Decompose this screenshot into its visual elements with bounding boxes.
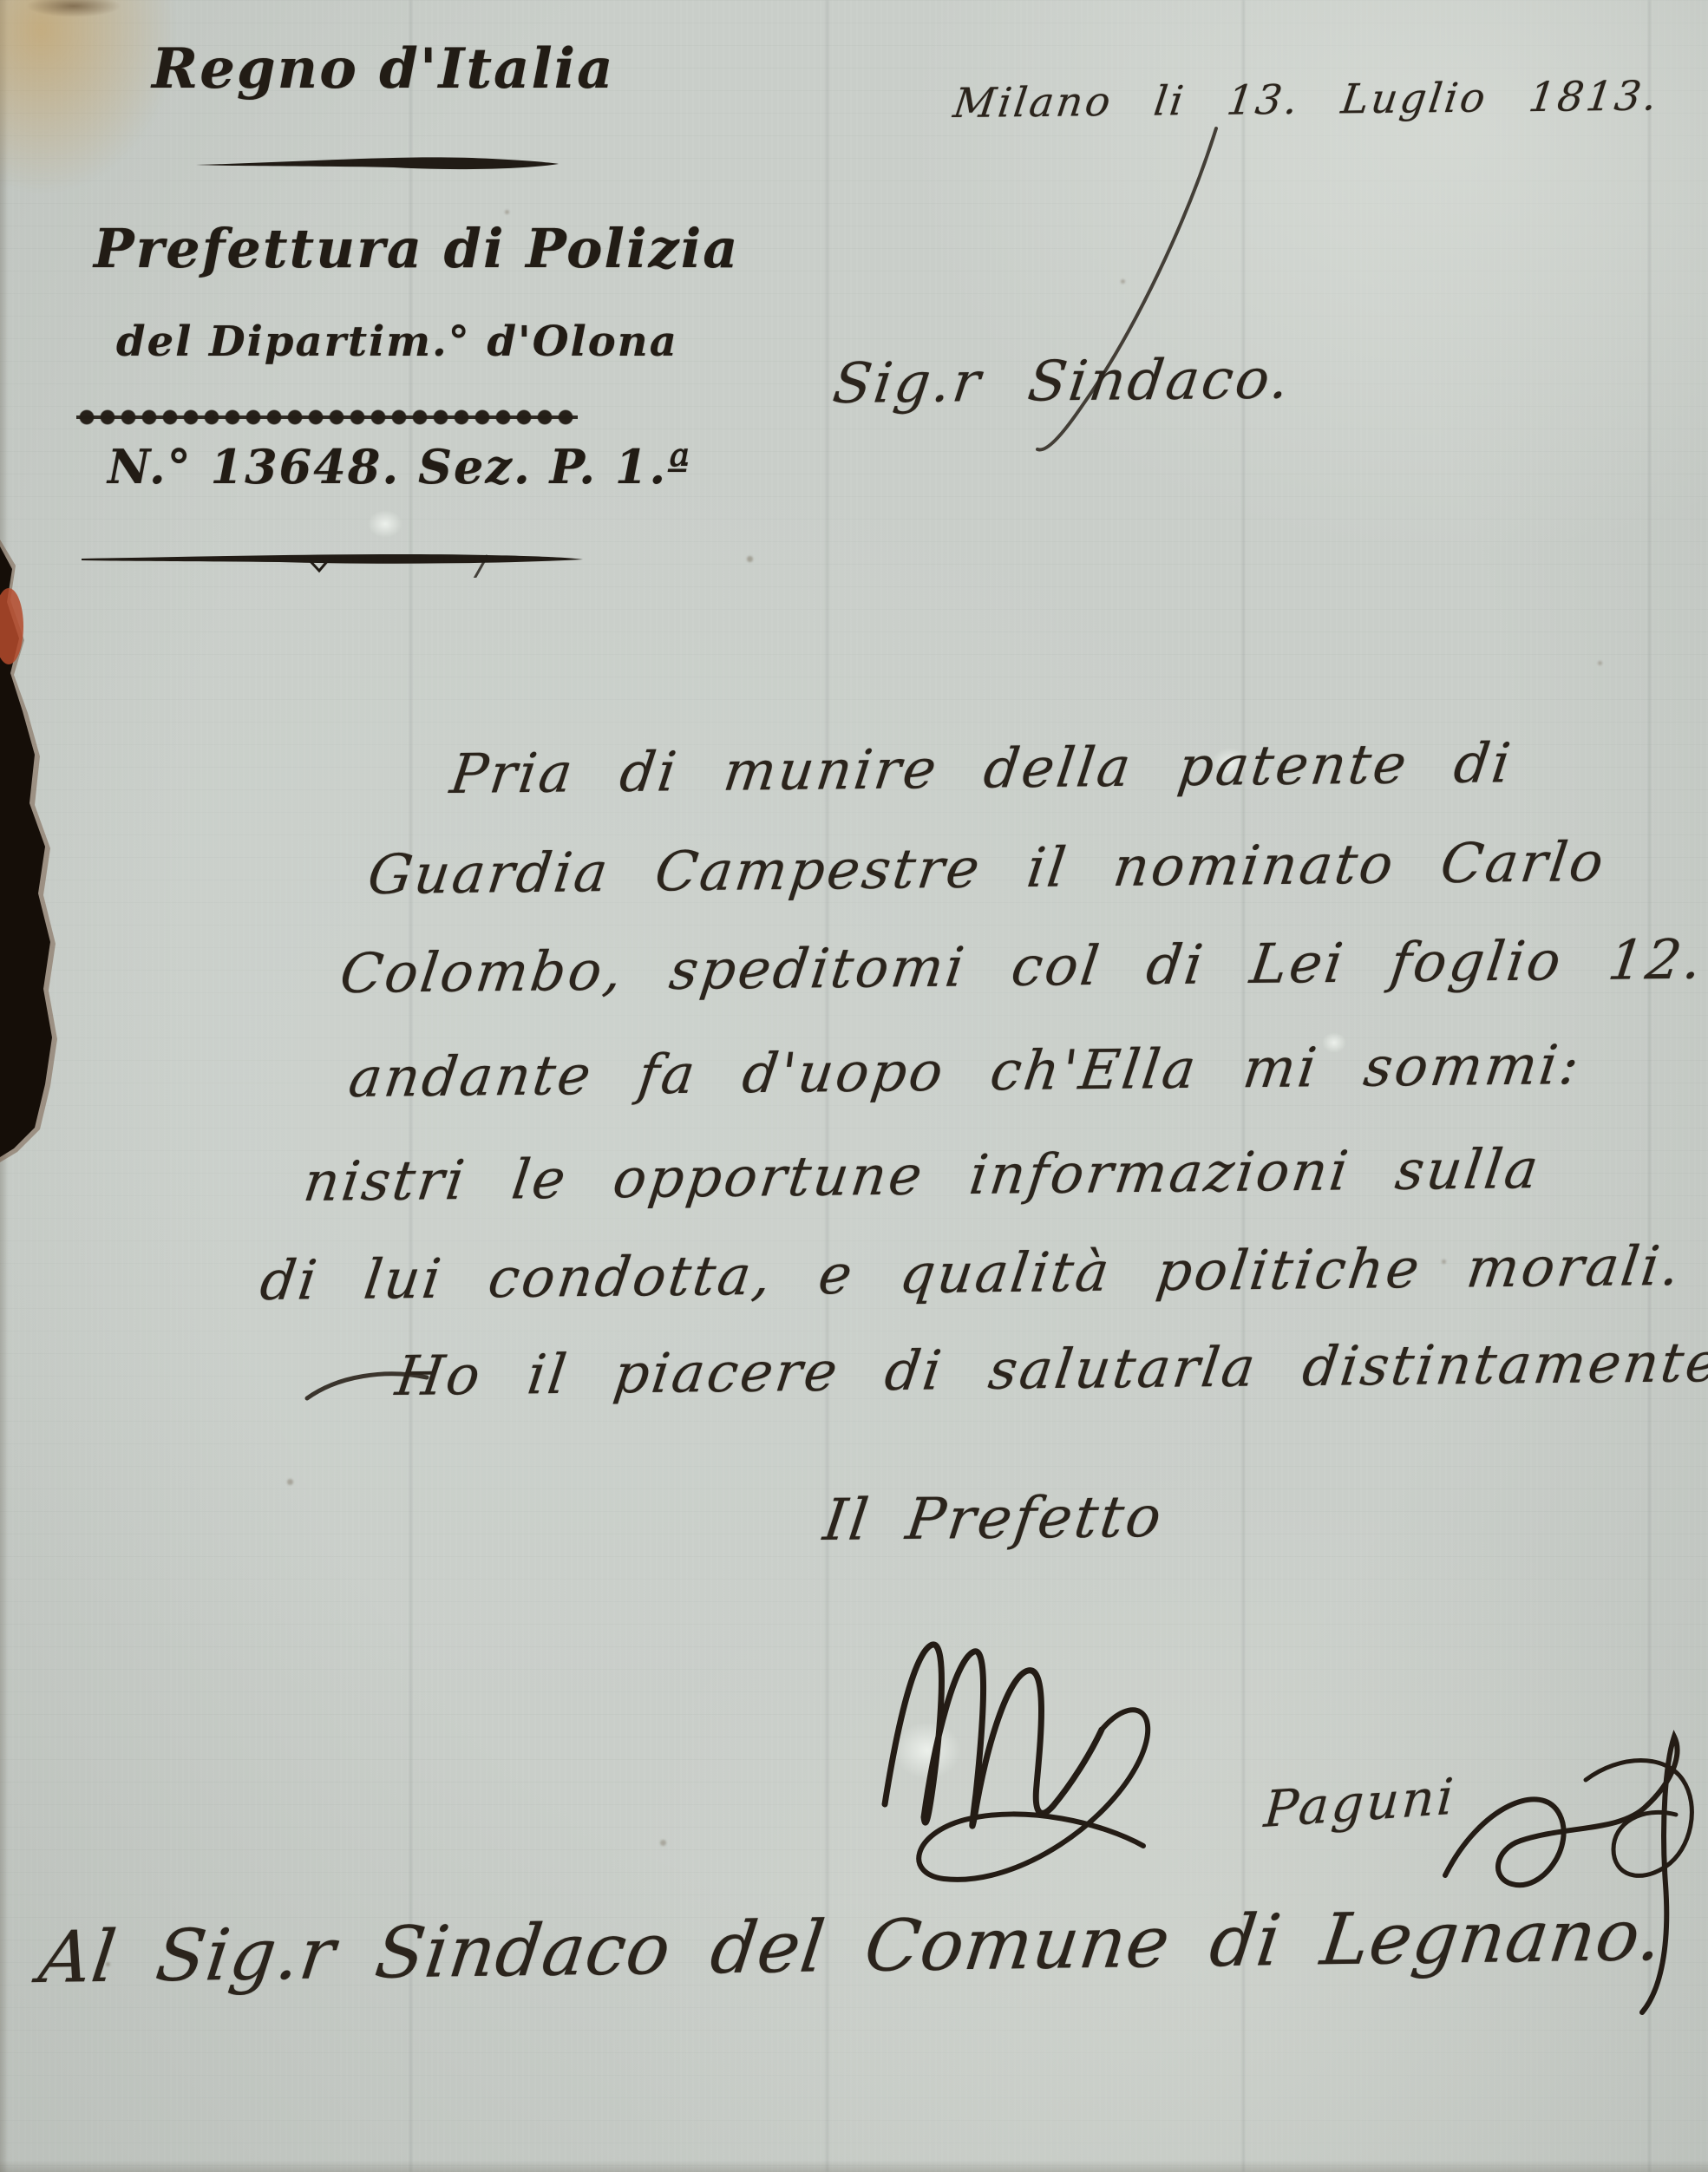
- protocol-number: N.° 13648. Sez. P. 1.ª: [108, 439, 692, 494]
- body-line: Pria di munire della patente di: [447, 731, 1516, 806]
- edge-nick-stain: [26, 0, 121, 17]
- body-line: Guardia Campestre il nominato Carlo: [364, 830, 1609, 906]
- paper-edge-shadow: [0, 2160, 1708, 2172]
- body-line: nistri le opportune informazioni sulla: [300, 1137, 1544, 1214]
- prefect-signature-flourish: [798, 1596, 1214, 1943]
- countersignature-paraph: [1414, 1700, 1708, 2038]
- lead-in-flourish: [304, 1360, 434, 1412]
- body-line: di lui condotta, e qualità politiche mor…: [257, 1234, 1685, 1312]
- scanned-letter-page: Regno d'Italia Prefettura di Polizia del…: [0, 0, 1708, 2172]
- body-line: andante fa d'uopo ch'Ella mi sommi:: [345, 1033, 1585, 1109]
- torn-edge: [0, 520, 69, 1180]
- letterhead-office: Prefettura di Polizia: [94, 217, 739, 280]
- letterhead-kingdom: Regno d'Italia: [152, 36, 615, 101]
- date-flourish: [998, 121, 1240, 468]
- dateline: Milano li 13. Luglio 1813.: [951, 73, 1662, 128]
- tapered-rule: [80, 548, 586, 578]
- letterhead-department: del Dipartim.° d'Olona: [116, 317, 678, 366]
- closing-title: Il Prefetto: [820, 1483, 1168, 1554]
- body-line: Ho il piacere di salutarla distintamente: [392, 1331, 1708, 1408]
- paper-blemish: [368, 510, 402, 538]
- body-line: Colombo, speditomi col di Lei foglio 12.: [337, 928, 1708, 1005]
- tapered-rule: [194, 153, 562, 175]
- beaded-divider: [76, 408, 578, 427]
- salutation: Sig.r Sindaco.: [829, 347, 1295, 416]
